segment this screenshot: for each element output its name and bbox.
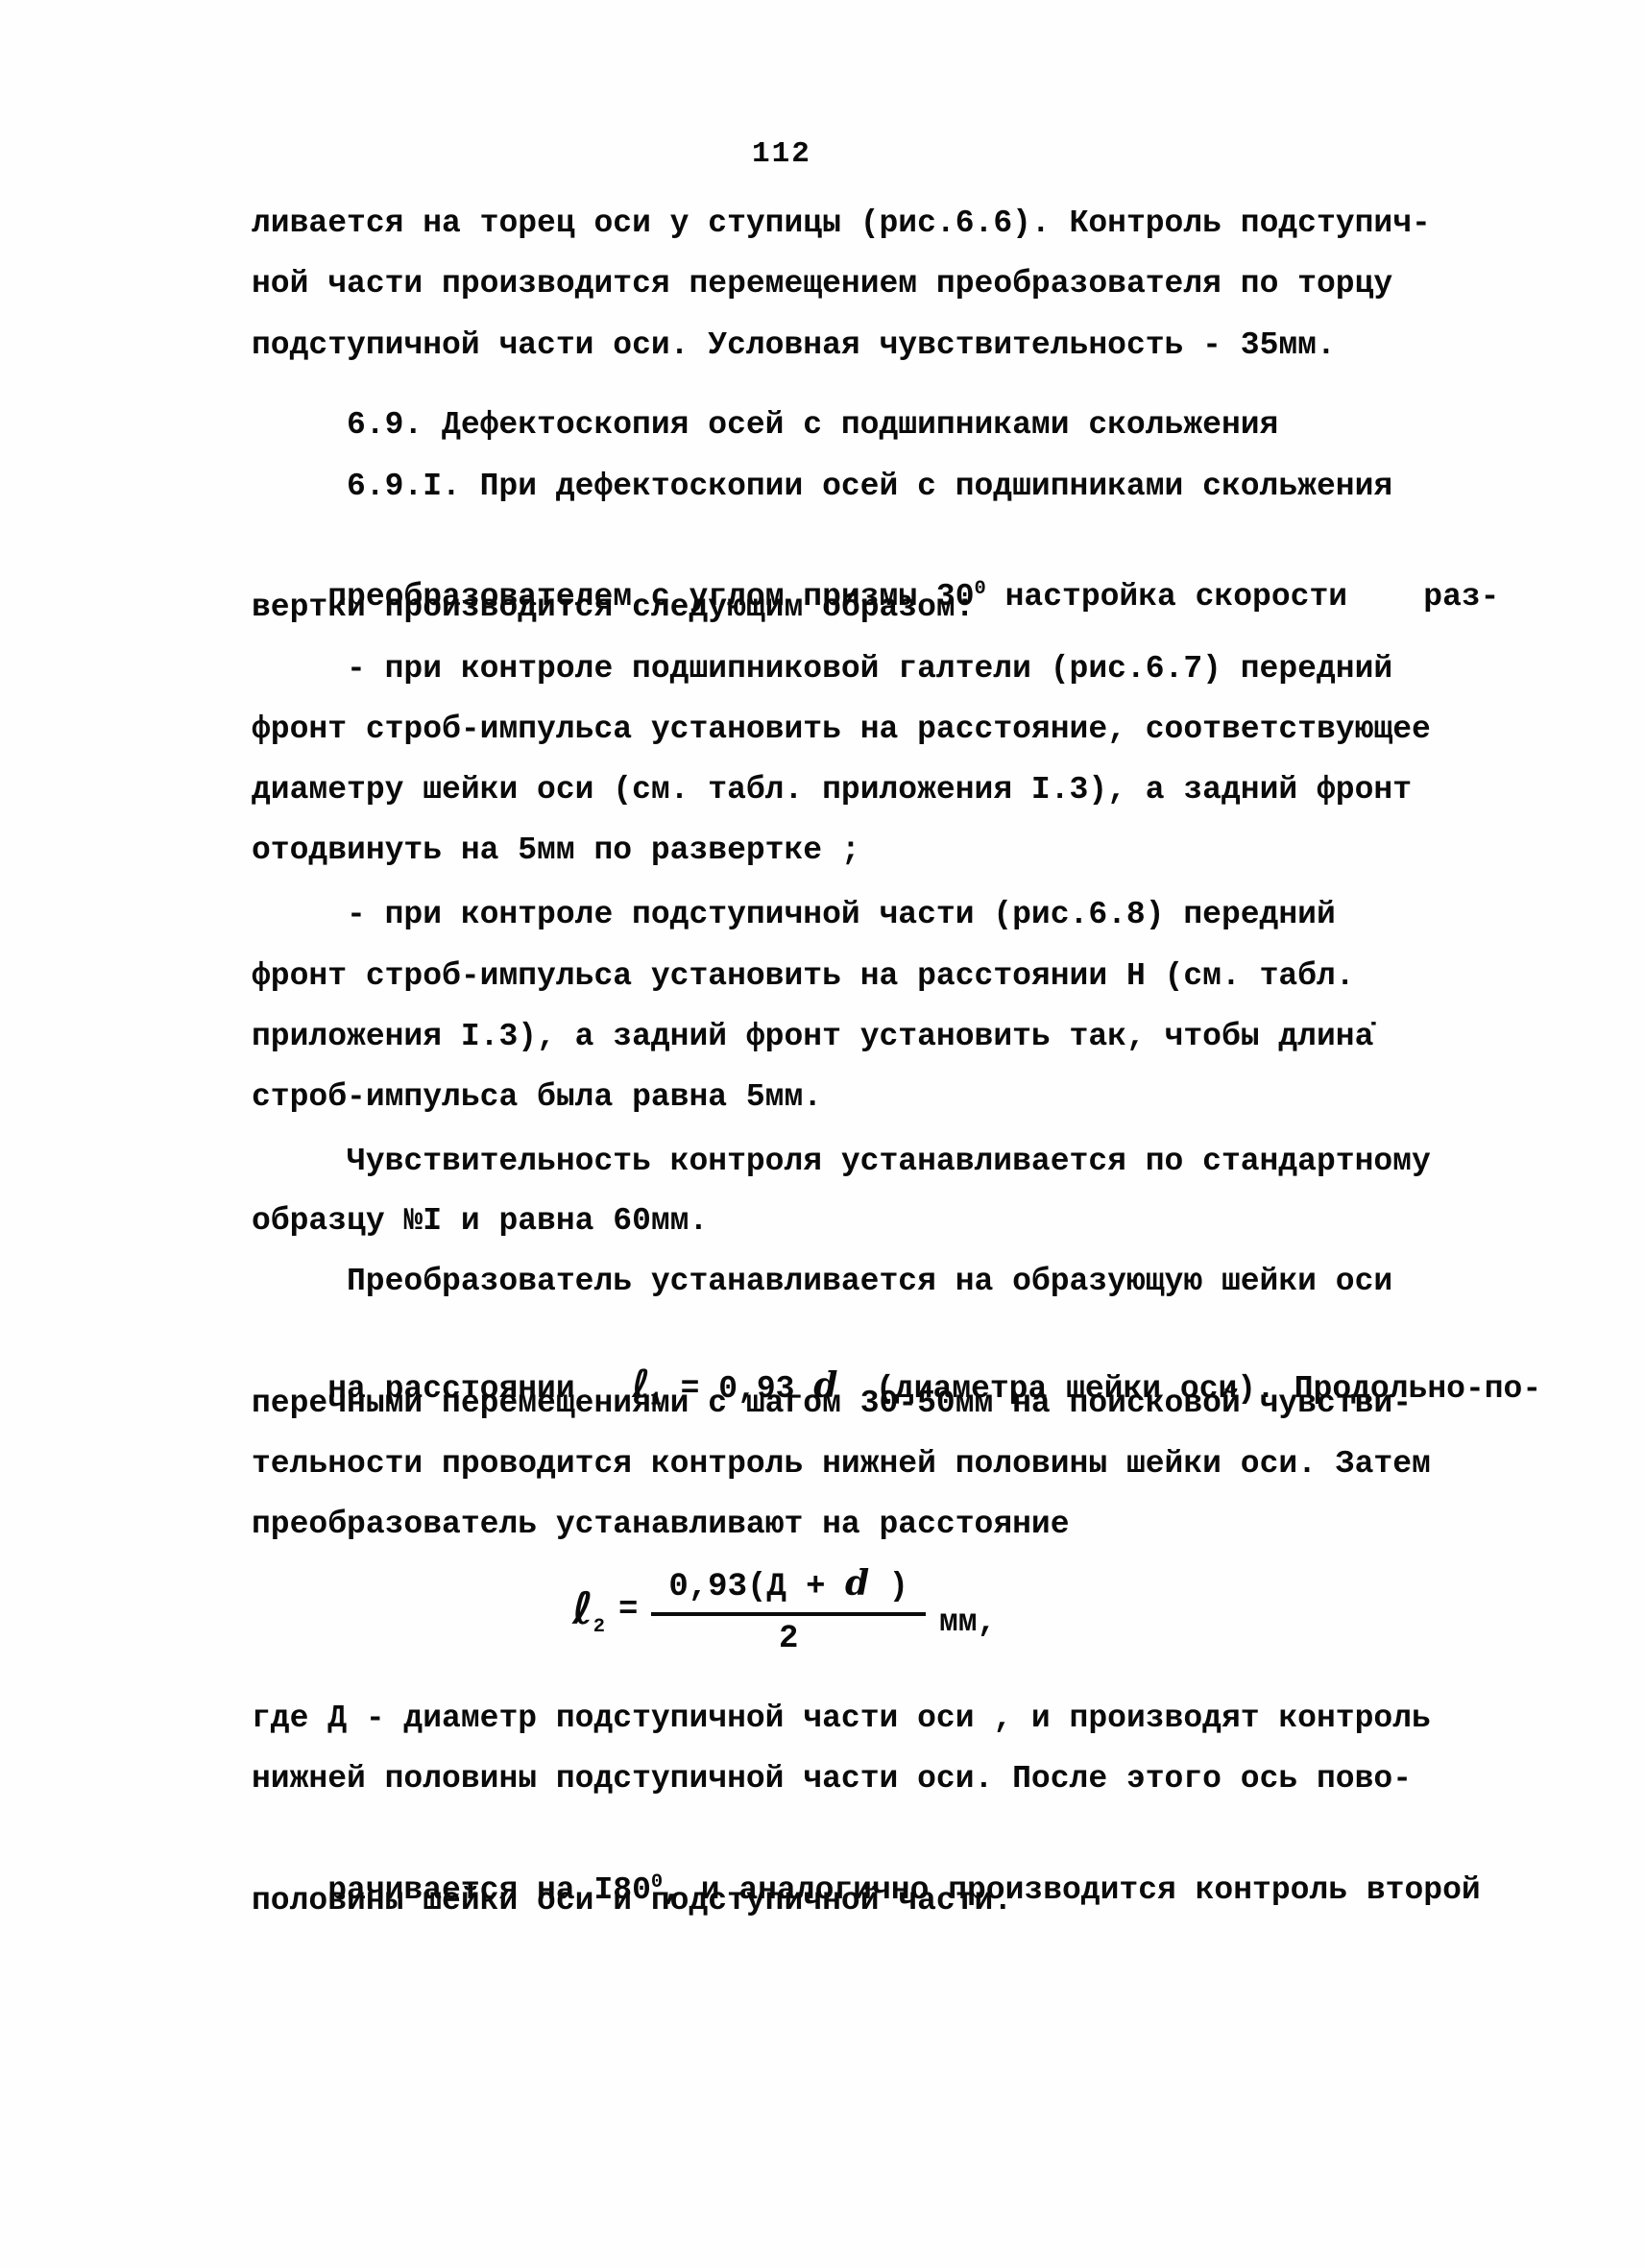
text-segment: 0,93(Д +: [668, 1569, 845, 1605]
text-line: Чувствительность контроля устанавливаетс…: [347, 1141, 1431, 1183]
text-line: подступичной части оси. Условная чувстви…: [252, 325, 1336, 367]
text-line: - при контроле подшипниковой галтели (ри…: [347, 648, 1392, 690]
text-line: ной части производится перемещением прео…: [252, 263, 1392, 305]
section-heading-line: 6.9. Дефектоскопия осей с подшипниками с…: [347, 404, 1278, 446]
text-line: 6.9.I. При дефектоскопии осей с подшипни…: [347, 466, 1392, 508]
superscript-zero: 0: [975, 578, 986, 600]
fraction-numerator: 0,93(Д + d ): [651, 1563, 926, 1616]
page-number: 112: [752, 138, 811, 171]
subscript-two: 2: [593, 1616, 605, 1638]
text-segment: настройка скорости раз-: [986, 579, 1500, 615]
text-line: строб-импульса была равна 5мм.: [252, 1076, 822, 1119]
ell-symbol: ℓ: [572, 1582, 593, 1634]
text-line: преобразователь устанавливают на расстоя…: [252, 1504, 1070, 1546]
text-line: отодвинуть на 5мм по развертке ;: [252, 830, 860, 872]
text-segment: ): [869, 1569, 908, 1605]
text-line: половины шейки оси и подступичной части.: [252, 1880, 1012, 1922]
variable-d: d: [845, 1563, 869, 1604]
text-line: приложения I.3), а задний фронт установи…: [252, 1016, 1373, 1058]
formula-unit: мм,: [939, 1604, 996, 1640]
scanned-document-page: 112 ливается на торец оси у ступицы (рис…: [0, 0, 1645, 2268]
text-line: ливается на торец оси у ступицы (рис.6.6…: [252, 203, 1431, 245]
equals-sign: =: [618, 1592, 638, 1629]
text-line: нижней половины подступичной части оси. …: [252, 1758, 1412, 1800]
text-line: фронт строб-импульса установить на расст…: [252, 709, 1431, 751]
text-line: диаметру шейки оси (см. табл. приложения…: [252, 769, 1412, 811]
text-line: - при контроле подступичной части (рис.6…: [347, 894, 1336, 936]
text-line: образцу №I и равна 60мм.: [252, 1200, 708, 1243]
formula-lhs: ℓ2: [572, 1582, 605, 1638]
text-line: фронт строб-импульса установить на расст…: [252, 955, 1355, 998]
text-line: перечными перемещениями с шагом 30-50мм …: [252, 1383, 1412, 1425]
text-line: где Д - диаметр подступичной части оси ,…: [252, 1698, 1431, 1740]
fraction-denominator: 2: [779, 1616, 798, 1657]
text-line: вертки производится следующим образом:: [252, 587, 975, 629]
text-line: тельности проводится контроль нижней пол…: [252, 1443, 1431, 1485]
text-line: Преобразователь устанавливается на образ…: [347, 1261, 1392, 1303]
fraction: 0,93(Д + d ) 2: [651, 1563, 926, 1657]
display-formula: ℓ2 = 0,93(Д + d ) 2 мм,: [572, 1563, 996, 1657]
